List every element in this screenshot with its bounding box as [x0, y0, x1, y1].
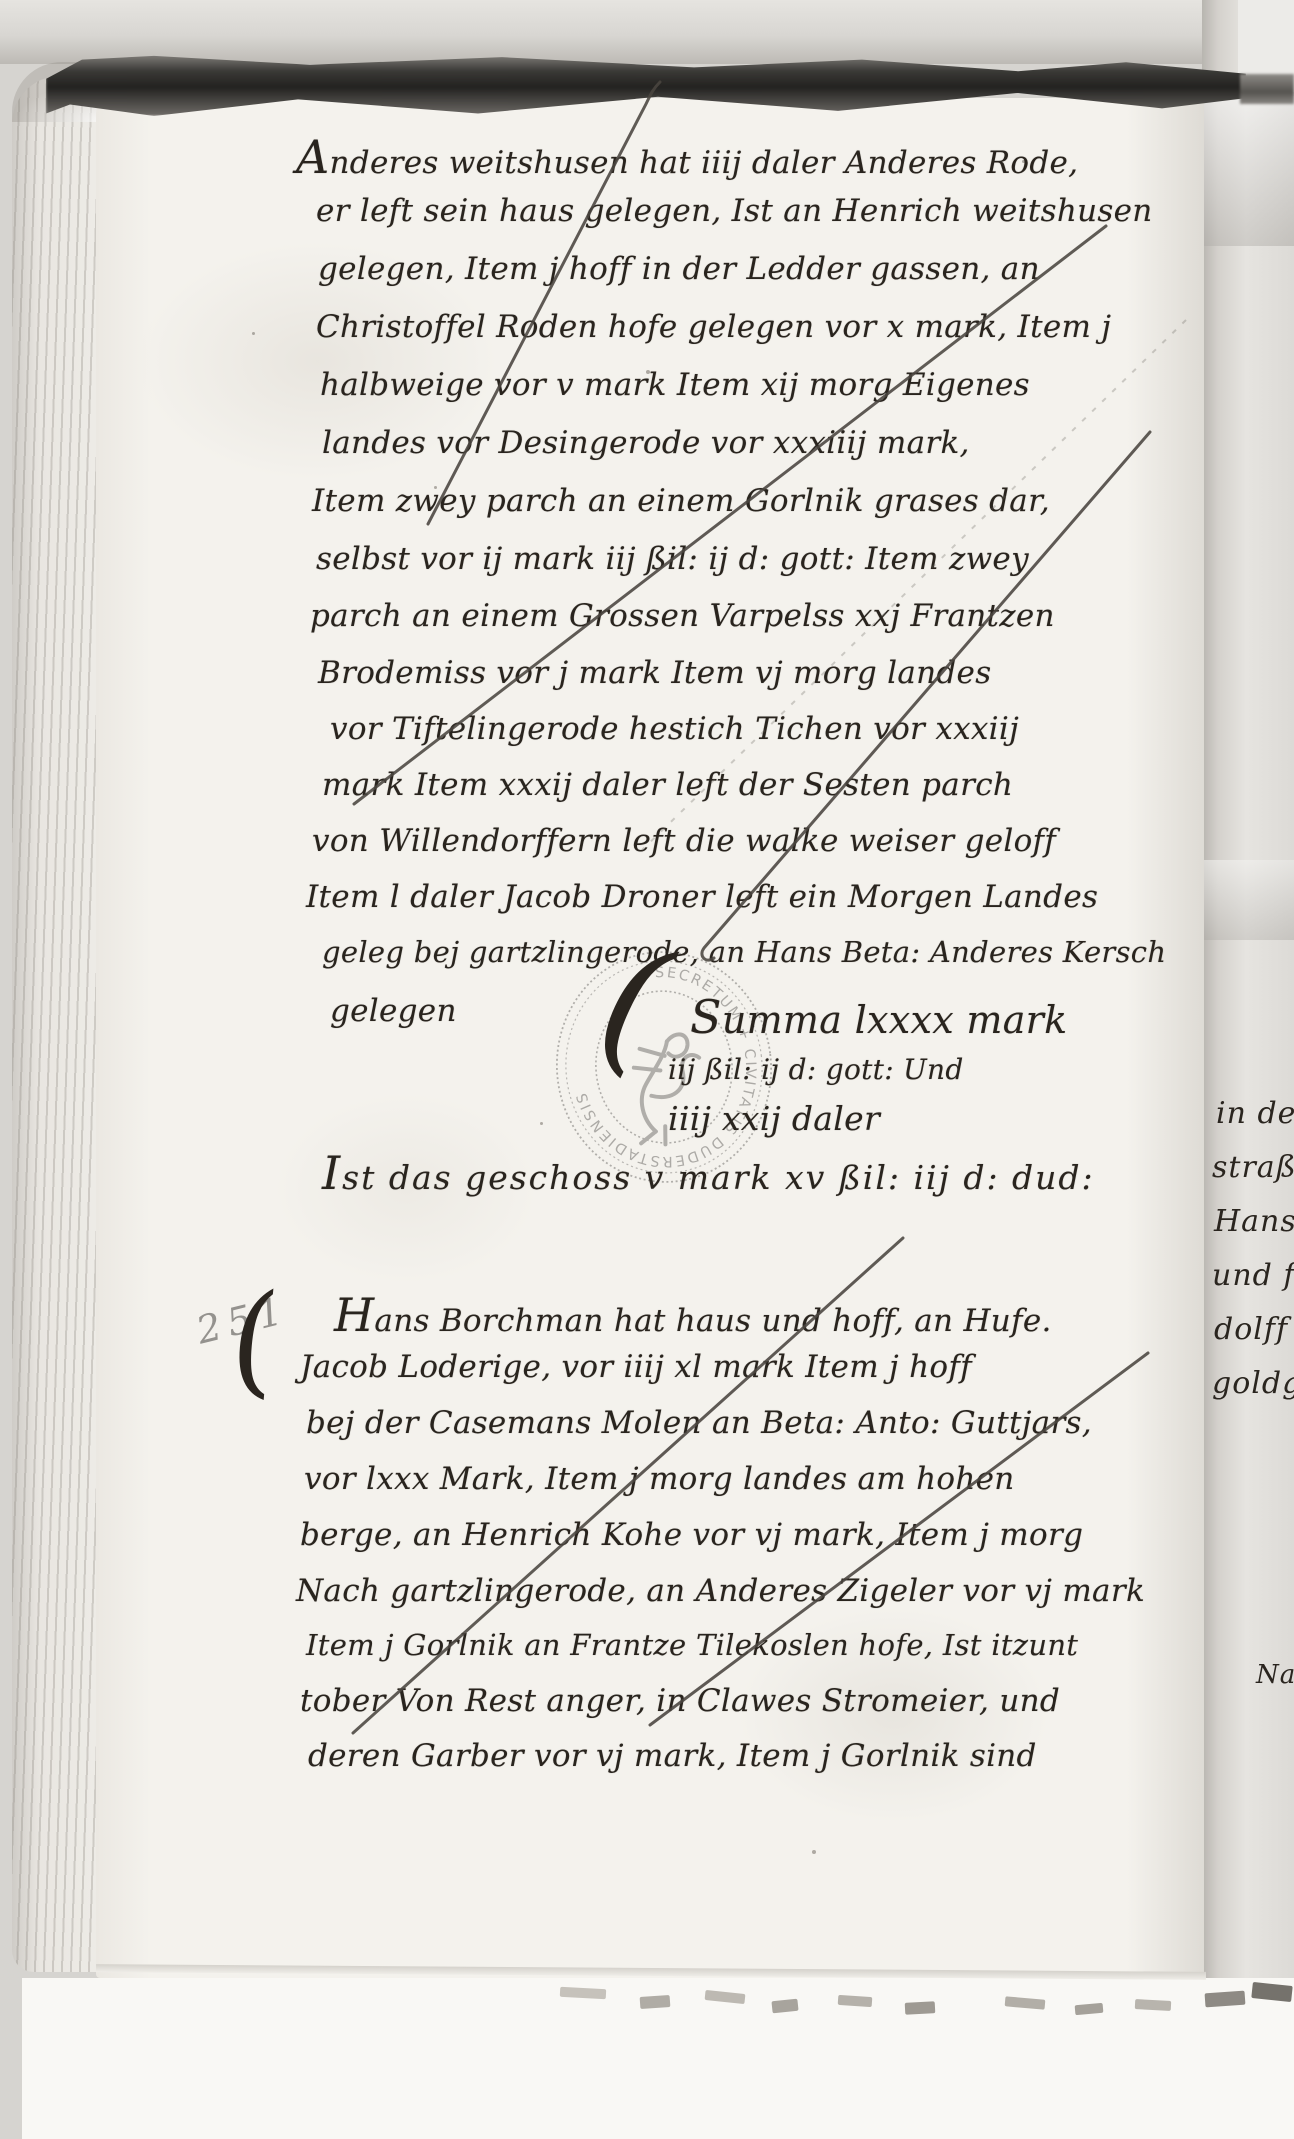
facing-page-mark: Na [1256, 1660, 1294, 1690]
manuscript-line: er left sein haus gelegen, Ist an Henric… [316, 196, 1152, 227]
paper-chip [640, 1995, 671, 2009]
manuscript-line: vor Tiftelingerode hestich Tichen vor xx… [330, 714, 1019, 745]
facing-page-fragment: dolff [1214, 1312, 1288, 1347]
manuscript-line: Christoffel Roden hofe gelegen vor x mar… [316, 312, 1111, 343]
manuscript-line: geleg bej gartzlingerode, an Hans Beta: … [322, 938, 1166, 967]
manuscript-line: deren Garber vor vj mark, Item j Gorlnik… [308, 1741, 1037, 1772]
page-stack-edge [12, 76, 106, 1972]
manuscript-line: selbst vor ij mark iij ßil: ij d: gott: … [316, 544, 1029, 575]
facing-page-fragment: in de [1216, 1096, 1294, 1131]
manuscript-line: Item j Gorlnik an Frantze Tilekoslen hof… [306, 1631, 1078, 1660]
ink-speck [812, 1850, 816, 1854]
book-top-edge-tail [1240, 74, 1294, 104]
manuscript-line: halbweige vor v mark Item xij morg Eigen… [320, 370, 1030, 401]
manuscript-line: mark Item xxxij daler left der Sesten pa… [322, 770, 1013, 801]
gutter-crease [1202, 860, 1294, 940]
facing-page-fragment: und f [1212, 1258, 1294, 1293]
manuscript-line: Brodemiss vor j mark Item vj morg landes [318, 658, 991, 689]
gutter-crease [1202, 96, 1294, 246]
settlement-line: Ist das geschoss v mark xv ßil: iij d: d… [322, 1150, 1095, 1196]
manuscript-line: von Willendorffern left die walke weiser… [312, 826, 1056, 857]
summary-line: iiij xxij daler [668, 1102, 880, 1135]
manuscript-line: berge, an Henrich Kohe vor vj mark, Item… [300, 1520, 1083, 1551]
manuscript-line: Nach gartzlingerode, an Anderes Zigeler … [296, 1576, 1145, 1607]
manuscript-line: Item zwey parch an einem Gorlnik grases … [312, 486, 1050, 517]
facing-page-fragment: straß [1212, 1150, 1294, 1185]
summary-line: Summa lxxxx mark [690, 994, 1067, 1040]
paper-chip [1205, 1991, 1246, 2008]
manuscript-line: Item l daler Jacob Droner left ein Morge… [306, 882, 1098, 913]
scanner-background-top [0, 0, 1294, 64]
manuscript-line: Jacob Loderige, vor iiij xl mark Item j … [300, 1352, 972, 1383]
manuscript-line: landes vor Desingerode vor xxxiiij mark, [322, 428, 970, 459]
manuscript-line: vor lxxx Mark, Item j morg landes am hoh… [304, 1464, 1015, 1495]
summary-line: iij ßil: ij d: gott: Und [668, 1056, 964, 1084]
manuscript-scan: SECRETUM + CIVITATIS DUDERSTADIENSIS 251… [0, 0, 1294, 2139]
manuscript-line: gelegen, Item j hoff in der Ledder gasse… [318, 254, 1040, 285]
manuscript-line: gelegen [330, 996, 457, 1027]
paper-chip [1135, 1999, 1171, 2011]
manuscript-line: parch an einem Grossen Varpelss xxj Fran… [310, 601, 1055, 632]
facing-page-fragment: Hans [1214, 1204, 1294, 1239]
ink-speck [540, 1122, 543, 1125]
paper-chip [905, 2001, 936, 2015]
facing-page-gutter [1202, 0, 1294, 2139]
ink-speck [252, 332, 255, 335]
manuscript-line: Hans Borchman hat haus und hoff, an Hufe… [334, 1292, 1052, 1338]
manuscript-line: bej der Casemans Molen an Beta: Anto: Gu… [306, 1408, 1092, 1439]
manuscript-line: tober Von Rest anger, in Clawes Stromeie… [300, 1686, 1060, 1717]
manuscript-line: Anderes weitshusen hat iiij daler Andere… [296, 134, 1078, 180]
facing-page-fragment: goldg [1212, 1366, 1294, 1401]
